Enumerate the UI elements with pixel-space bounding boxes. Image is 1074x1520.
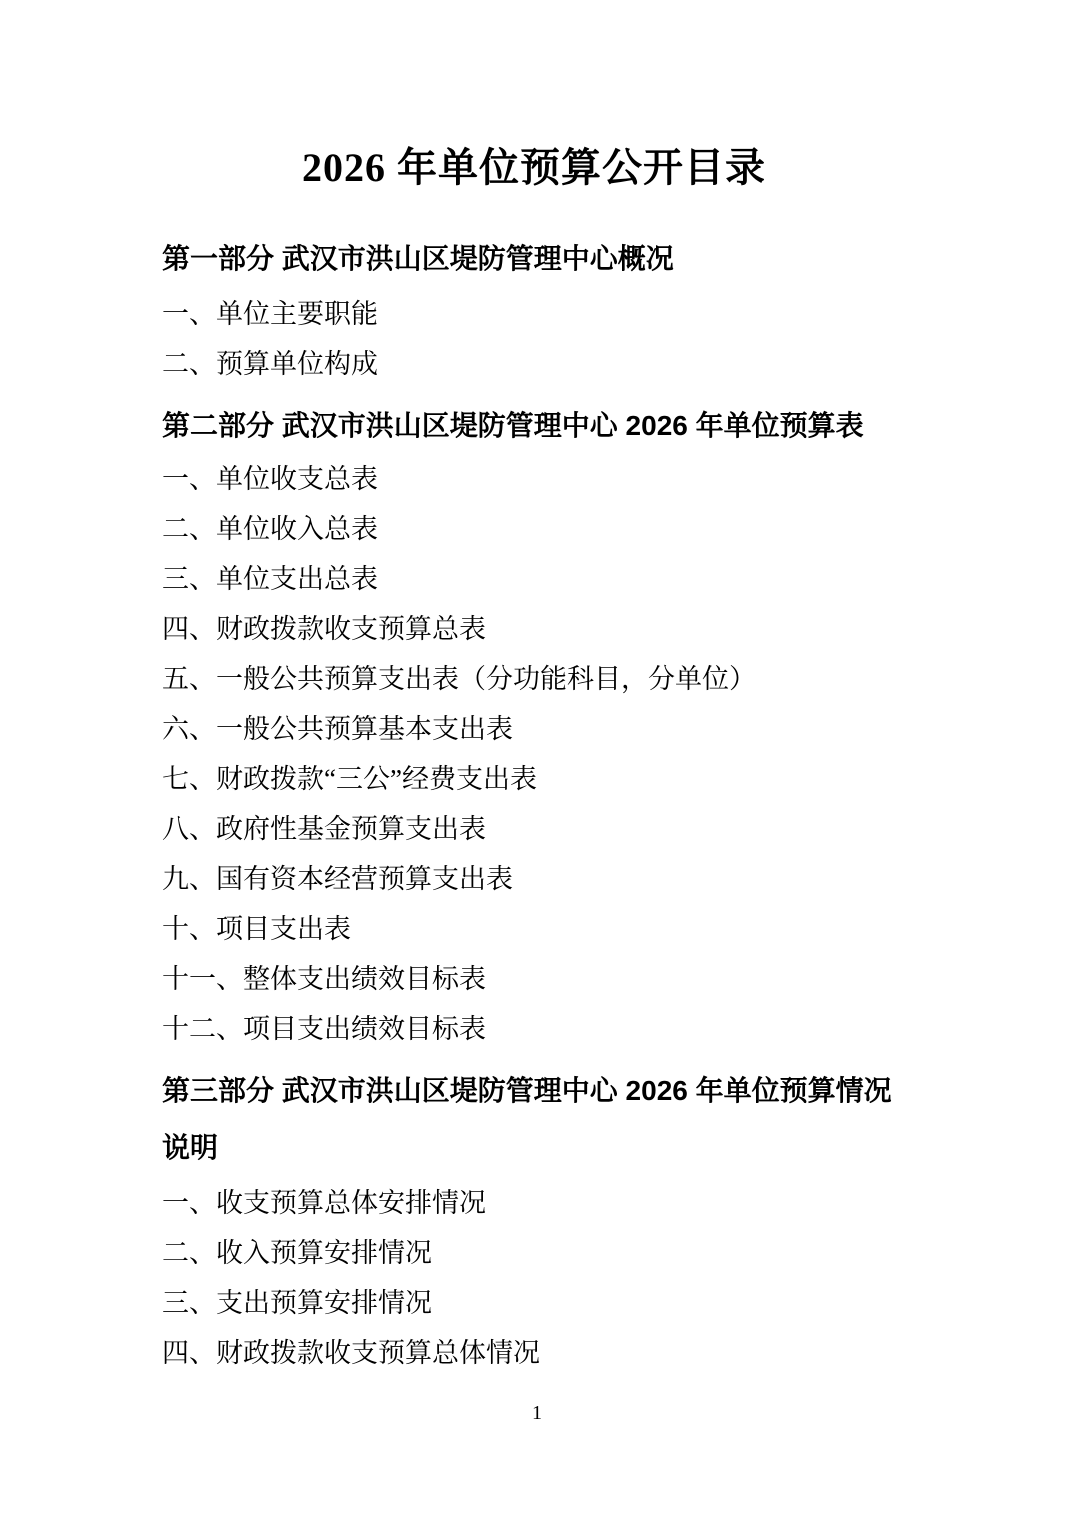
toc-item: 三、支出预算安排情况: [162, 1278, 906, 1328]
toc-item: 四、财政拨款收支预算总体情况: [162, 1328, 906, 1378]
toc-item: 二、预算单位构成: [162, 339, 906, 389]
toc-section-2: 第二部分 武汉市洪山区堤防管理中心 2026 年单位预算表 一、单位收支总表 二…: [162, 397, 906, 1054]
section-2-heading: 第二部分 武汉市洪山区堤防管理中心 2026 年单位预算表: [162, 397, 906, 454]
toc-item: 二、单位收入总表: [162, 504, 906, 554]
toc-item: 三、单位支出总表: [162, 554, 906, 604]
section-1-items: 一、单位主要职能 二、预算单位构成: [162, 289, 906, 389]
toc-item: 十一、整体支出绩效目标表: [162, 954, 906, 1004]
toc-item: 五、一般公共预算支出表（分功能科目，分单位）: [162, 654, 906, 704]
document-page: 2026 年单位预算公开目录 第一部分 武汉市洪山区堤防管理中心概况 一、单位主…: [0, 0, 1074, 1520]
document-title: 2026 年单位预算公开目录: [162, 140, 906, 196]
toc-section-3: 第三部分 武汉市洪山区堤防管理中心 2026 年单位预算情况说明 一、收支预算总…: [162, 1062, 906, 1378]
toc-item: 七、财政拨款“三公”经费支出表: [162, 754, 906, 804]
toc-item: 九、国有资本经营预算支出表: [162, 854, 906, 904]
toc-item: 六、一般公共预算基本支出表: [162, 704, 906, 754]
toc-item: 四、财政拨款收支预算总表: [162, 604, 906, 654]
toc-item: 一、单位收支总表: [162, 454, 906, 504]
section-3-heading: 第三部分 武汉市洪山区堤防管理中心 2026 年单位预算情况说明: [162, 1062, 906, 1176]
toc-item: 十二、项目支出绩效目标表: [162, 1004, 906, 1054]
toc-item: 二、收入预算安排情况: [162, 1228, 906, 1278]
toc-section-1: 第一部分 武汉市洪山区堤防管理中心概况 一、单位主要职能 二、预算单位构成: [162, 230, 906, 389]
section-2-items: 一、单位收支总表 二、单位收入总表 三、单位支出总表 四、财政拨款收支预算总表 …: [162, 454, 906, 1054]
section-1-heading: 第一部分 武汉市洪山区堤防管理中心概况: [162, 230, 906, 287]
toc-item: 一、单位主要职能: [162, 289, 906, 339]
toc-item: 十、项目支出表: [162, 904, 906, 954]
toc-item: 八、政府性基金预算支出表: [162, 804, 906, 854]
page-content: 2026 年单位预算公开目录 第一部分 武汉市洪山区堤防管理中心概况 一、单位主…: [162, 0, 906, 1378]
page-number: 1: [0, 1400, 1074, 1426]
toc-item: 一、收支预算总体安排情况: [162, 1178, 906, 1228]
section-3-items: 一、收支预算总体安排情况 二、收入预算安排情况 三、支出预算安排情况 四、财政拨…: [162, 1178, 906, 1378]
